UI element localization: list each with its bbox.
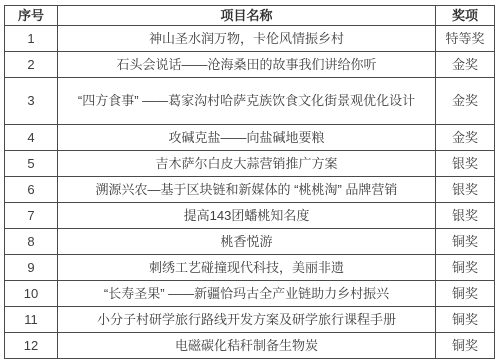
table-row: 6 溯源兴农—基于区块链和新媒体的 “桃桃淘” 品牌营销 银奖	[5, 177, 495, 203]
cell-index: 5	[5, 151, 58, 177]
cell-index: 3	[5, 78, 58, 125]
cell-index: 10	[5, 281, 58, 307]
awards-table: 序号 项目名称 奖项 1 神山圣水润万物，卡伦风情振乡村 特等奖 2 石头会说话…	[4, 5, 495, 359]
cell-index: 7	[5, 203, 58, 229]
header-award: 奖项	[436, 6, 495, 26]
cell-index: 12	[5, 333, 58, 359]
header-project-name: 项目名称	[58, 6, 436, 26]
table-row: 8 桃香悦游 铜奖	[5, 229, 495, 255]
cell-project-name: “四方食事” ——葛家沟村哈萨克族饮食文化街景观优化设计	[58, 78, 436, 125]
cell-award: 铜奖	[436, 229, 495, 255]
cell-award: 金奖	[436, 52, 495, 78]
table-row: 9 刺绣工艺碰撞现代科技，美丽非遗 铜奖	[5, 255, 495, 281]
cell-index: 8	[5, 229, 58, 255]
cell-index: 9	[5, 255, 58, 281]
cell-index: 6	[5, 177, 58, 203]
cell-award: 铜奖	[436, 307, 495, 333]
cell-award: 金奖	[436, 125, 495, 151]
table-row: 5 吉木萨尔白皮大蒜营销推广方案 银奖	[5, 151, 495, 177]
cell-award: 银奖	[436, 177, 495, 203]
cell-project-name: 攻碱克盐——向盐碱地要粮	[58, 125, 436, 151]
table-row: 1 神山圣水润万物，卡伦风情振乡村 特等奖	[5, 26, 495, 52]
cell-award: 铜奖	[436, 281, 495, 307]
table-row: 10 “长寿圣果” ——新疆恰玛古全产业链助力乡村振兴 铜奖	[5, 281, 495, 307]
cell-project-name: 电磁碳化秸秆制备生物炭	[58, 333, 436, 359]
cell-project-name: 神山圣水润万物，卡伦风情振乡村	[58, 26, 436, 52]
cell-index: 1	[5, 26, 58, 52]
cell-award: 银奖	[436, 203, 495, 229]
cell-award: 特等奖	[436, 26, 495, 52]
table-row: 11 小分子村研学旅行路线开发方案及研学旅行课程手册 铜奖	[5, 307, 495, 333]
cell-project-name: 小分子村研学旅行路线开发方案及研学旅行课程手册	[58, 307, 436, 333]
cell-project-name: 桃香悦游	[58, 229, 436, 255]
cell-index: 4	[5, 125, 58, 151]
table-row: 3 “四方食事” ——葛家沟村哈萨克族饮食文化街景观优化设计 金奖	[5, 78, 495, 125]
table-row: 4 攻碱克盐——向盐碱地要粮 金奖	[5, 125, 495, 151]
cell-award: 银奖	[436, 151, 495, 177]
cell-award: 铜奖	[436, 255, 495, 281]
cell-index: 2	[5, 52, 58, 78]
table-body: 1 神山圣水润万物，卡伦风情振乡村 特等奖 2 石头会说话——沧海桑田的故事我们…	[5, 26, 495, 359]
cell-project-name: 溯源兴农—基于区块链和新媒体的 “桃桃淘” 品牌营销	[58, 177, 436, 203]
cell-award: 铜奖	[436, 333, 495, 359]
cell-project-name: 提高143团蟠桃知名度	[58, 203, 436, 229]
table-header-row: 序号 项目名称 奖项	[5, 6, 495, 26]
cell-project-name: “长寿圣果” ——新疆恰玛古全产业链助力乡村振兴	[58, 281, 436, 307]
table-row: 12 电磁碳化秸秆制备生物炭 铜奖	[5, 333, 495, 359]
table-row: 7 提高143团蟠桃知名度 银奖	[5, 203, 495, 229]
cell-project-name: 吉木萨尔白皮大蒜营销推广方案	[58, 151, 436, 177]
table-row: 2 石头会说话——沧海桑田的故事我们讲给你听 金奖	[5, 52, 495, 78]
header-index: 序号	[5, 6, 58, 26]
cell-award: 金奖	[436, 78, 495, 125]
cell-index: 11	[5, 307, 58, 333]
document-page: 序号 项目名称 奖项 1 神山圣水润万物，卡伦风情振乡村 特等奖 2 石头会说话…	[0, 0, 500, 364]
cell-project-name: 刺绣工艺碰撞现代科技，美丽非遗	[58, 255, 436, 281]
cell-project-name: 石头会说话——沧海桑田的故事我们讲给你听	[58, 52, 436, 78]
